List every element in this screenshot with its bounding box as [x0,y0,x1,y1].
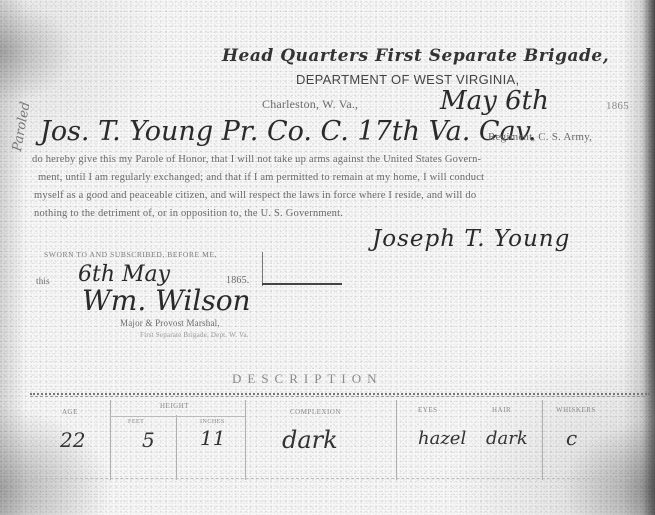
body-line-1: do hereby give this my Parole of Honor, … [32,154,481,165]
body-line-4: nothing to the detriment of, or in oppos… [34,208,343,219]
column-hair: HAIR [492,406,511,414]
column-height-inches: INCHES [200,419,225,425]
description-top-rule-2 [30,396,650,397]
attestation-bracket [262,252,263,286]
value-complexion: dark [282,426,338,454]
description-title: DESCRIPTION [232,371,383,387]
margin-note: Paroled [10,101,33,153]
parolee-signature: Joseph T. Young [372,226,570,252]
column-height-feet: FEET [128,419,144,425]
divider-2 [176,415,177,480]
regiment-suffix: Regiment, C. S. Army, [488,131,592,143]
description-bottom-rule [30,478,630,479]
column-complexion: COMPLEXION [290,408,341,416]
divider-1 [110,400,111,480]
divider-4 [396,400,397,480]
header-year: 1865 [606,100,629,112]
department-line: DEPARTMENT OF WEST VIRGINIA, [296,72,519,87]
column-whiskers: WHISKERS [556,406,596,414]
divider-3 [245,400,246,480]
official-unit: First Separate Brigade, Dept. W. Va. [140,331,249,339]
value-eyes: hazel [418,428,466,449]
body-line-3: myself as a good and peaceable citizen, … [34,190,476,201]
date-handwritten: May 6th [440,86,549,116]
document-page: Paroled Head Quarters First Separate Bri… [0,0,655,515]
column-age: AGE [62,408,78,416]
official-signature: Wm. Wilson [82,284,251,317]
this-label: this [36,276,50,286]
value-height-inches: 11 [200,426,225,450]
value-hair: dark [486,428,528,449]
value-height-feet: 5 [142,428,155,452]
column-height: HEIGHT [160,402,189,410]
place-printed: Charleston, W. Va., [262,97,358,112]
value-whiskers: c [566,426,577,450]
description-top-rule [30,393,650,395]
body-line-2: ment, until I am regularly exchanged; an… [38,172,484,183]
sworn-label: SWORN TO AND SUBSCRIBED, BEFORE ME, [44,250,217,259]
official-title: Major & Provost Marshal, [120,318,220,328]
attestation-rule [262,283,342,285]
header-title: Head Quarters First Separate Brigade, [222,46,609,66]
soldier-name-handwritten: Jos. T. Young Pr. Co. C. 17th Va. Cav. [40,116,536,147]
value-age: 22 [60,428,85,452]
column-eyes: EYES [418,406,438,414]
height-sub-rule [110,416,245,417]
divider-5 [542,400,543,480]
